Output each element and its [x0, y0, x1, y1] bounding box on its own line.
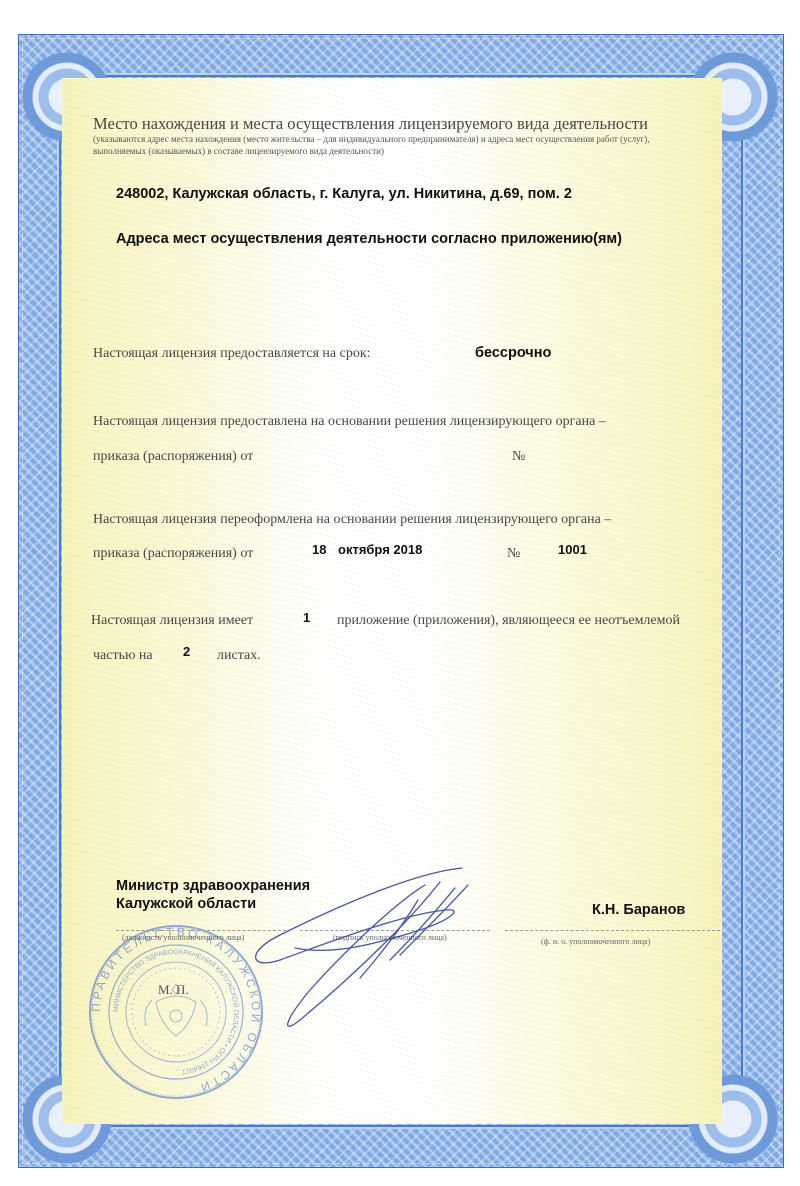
basis-line-2: приказа (распоряжения) от — [93, 449, 253, 465]
appendix-suffix: приложение (приложения), являющееся ее н… — [337, 613, 680, 629]
position-caption: (должность уполномоченного лица) — [122, 933, 244, 942]
term-value: бессрочно — [475, 345, 551, 361]
places-note: Адреса мест осуществления деятельности с… — [116, 231, 622, 247]
official-seal-icon: ПРАВИТЕЛЬСТВО КАЛУЖСКОЙ ОБЛАСТИ МИНИСТЕР… — [86, 922, 266, 1102]
basis-line-1: Настоящая лицензия предоставлена на осно… — [93, 414, 606, 430]
name-caption: (ф. и. о. уполномоченного лица) — [541, 937, 650, 946]
reissue-number: 1001 — [558, 542, 587, 557]
svg-text:МИНИСТЕРСТВО ЗДРАВООХРАНЕНИЯ К: МИНИСТЕРСТВО ЗДРАВООХРАНЕНИЯ КАЛУЖСКОЙ О… — [113, 949, 241, 1075]
basis-number-sign: № — [512, 449, 525, 465]
reissue-number-sign: № — [507, 546, 520, 562]
handwritten-signature-icon — [240, 860, 480, 1040]
section-hint-line: (указываются адрес места нахождения (мес… — [93, 133, 650, 145]
sheets-suffix: листах. — [217, 648, 261, 664]
signatory-name: К.Н. Баранов — [592, 902, 685, 918]
reissue-month-year: октября 2018 — [338, 542, 422, 557]
sheets-prefix: частью на — [93, 648, 153, 664]
section-hint: (указываются адрес места нахождения (мес… — [93, 133, 650, 157]
section-hint-line: выполняемых (оказываемых) в составе лице… — [93, 145, 650, 157]
appendix-count: 1 — [303, 610, 310, 625]
sheets-count: 2 — [183, 644, 190, 659]
reissue-day: 18 — [312, 542, 326, 557]
section-title: Место нахождения и места осуществления л… — [93, 114, 648, 134]
appendix-prefix: Настоящая лицензия имеет — [91, 613, 253, 629]
stamp-label: М. П. — [158, 982, 189, 998]
term-label: Настоящая лицензия предоставляется на ср… — [93, 346, 371, 362]
name-underline — [505, 930, 720, 931]
address: 248002, Калужская область, г. Калуга, ул… — [116, 186, 572, 202]
reissue-line-1: Настоящая лицензия переоформлена на осно… — [93, 512, 611, 528]
reissue-line-2: приказа (распоряжения) от — [93, 546, 253, 562]
